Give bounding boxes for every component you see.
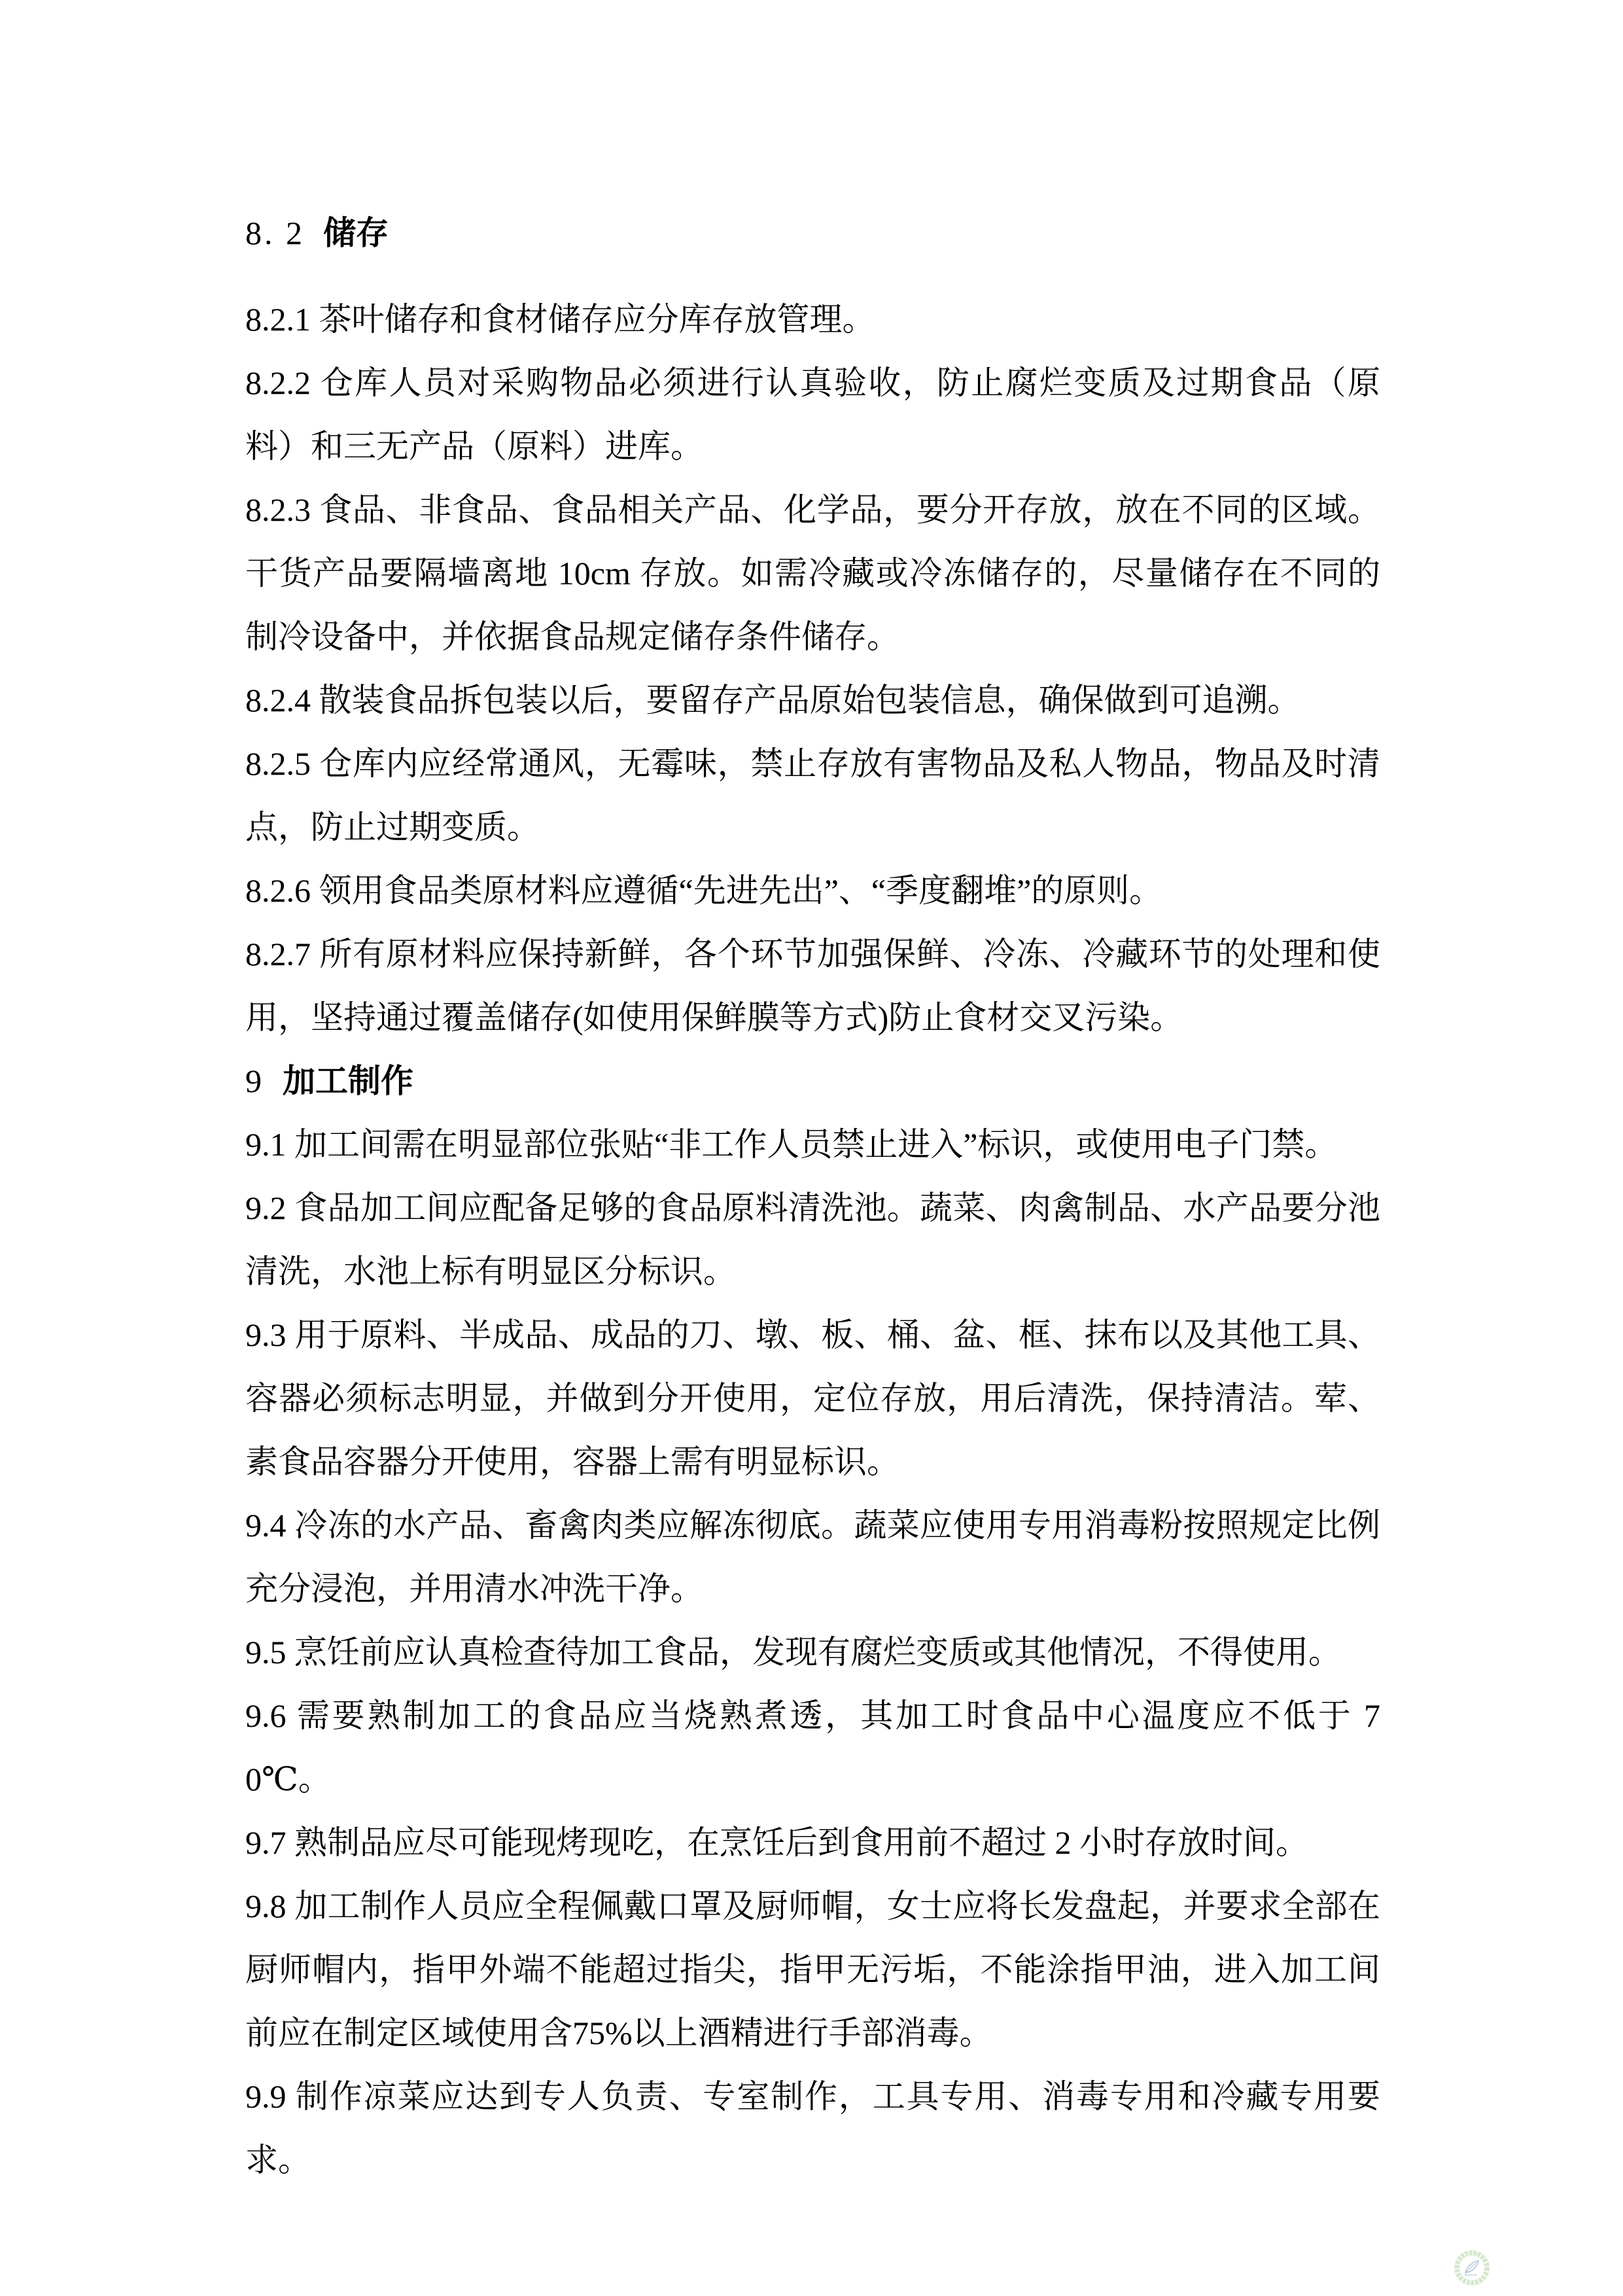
body-paragraph: 8.2.6 领用食品类原材料应遵循“先进先出”、“季度翻堆”的原则。 <box>245 859 1380 923</box>
body-paragraph: 9.4 冷冻的水产品、畜禽肉类应解冻彻底。蔬菜应使用专用消毒粉按照规定比例充分浸… <box>245 1494 1380 1621</box>
body-paragraph: 9.3 用于原料、半成品、成品的刀、墩、板、桶、盆、框、抹布以及其他工具、容器必… <box>245 1303 1380 1494</box>
body-paragraph: 9.7 熟制品应尽可能现烤现吃，在烹饪后到食用前不超过 2 小时存放时间。 <box>245 1811 1380 1875</box>
body-paragraph: 9.1 加工间需在明显部位张贴“非工作人员禁止进入”标识，或使用电子门禁。 <box>245 1113 1380 1176</box>
section-heading: 9加工制作 <box>245 1050 1380 1113</box>
body-paragraph: 9.8 加工制作人员应全程佩戴口罩及厨师帽，女士应将长发盘起，并要求全部在厨师帽… <box>245 1875 1380 2065</box>
document-body: 8. 2储存8.2.1 茶叶储存和食材储存应分库存放管理。8.2.2 仓库人员对… <box>245 202 1380 2192</box>
leaf-badge-watermark-icon <box>1454 2250 1490 2286</box>
body-paragraph: 8.2.4 散装食品拆包装以后，要留存产品原始包装信息，确保做到可追溯。 <box>245 669 1380 732</box>
body-paragraph: 8.2.3 食品、非食品、食品相关产品、化学品，要分开存放，放在不同的区域。干货… <box>245 478 1380 669</box>
body-paragraph: 8.2.2 仓库人员对采购物品必须进行认真验收，防止腐烂变质及过期食品（原料）和… <box>245 351 1380 478</box>
heading-number: 9 <box>245 1063 264 1099</box>
section-heading: 8. 2储存 <box>245 202 1380 265</box>
body-paragraph: 9.6 需要熟制加工的食品应当烧熟煮透，其加工时食品中心温度应不低于 70℃。 <box>245 1684 1380 1811</box>
body-paragraph: 8.2.5 仓库内应经常通风，无霉味，禁止存放有害物品及私人物品，物品及时清点，… <box>245 732 1380 859</box>
body-paragraph: 8.2.7 所有原材料应保持新鲜，各个环节加强保鲜、冷冻、冷藏环节的处理和使用，… <box>245 923 1380 1050</box>
body-paragraph: 9.9 制作凉菜应达到专人负责、专室制作，工具专用、消毒专用和冷藏专用要求。 <box>245 2065 1380 2192</box>
heading-title: 储存 <box>323 215 389 251</box>
body-paragraph: 8.2.1 茶叶储存和食材储存应分库存放管理。 <box>245 288 1380 351</box>
heading-title: 加工制作 <box>283 1063 413 1099</box>
document-page: 8. 2储存8.2.1 茶叶储存和食材储存应分库存放管理。8.2.2 仓库人员对… <box>0 0 1623 2296</box>
body-paragraph: 9.2 食品加工间应配备足够的食品原料清洗池。蔬菜、肉禽制品、水产品要分池清洗，… <box>245 1176 1380 1303</box>
body-paragraph: 9.5 烹饪前应认真检查待加工食品，发现有腐烂变质或其他情况，不得使用。 <box>245 1621 1380 1684</box>
heading-number: 8. 2 <box>245 215 305 251</box>
